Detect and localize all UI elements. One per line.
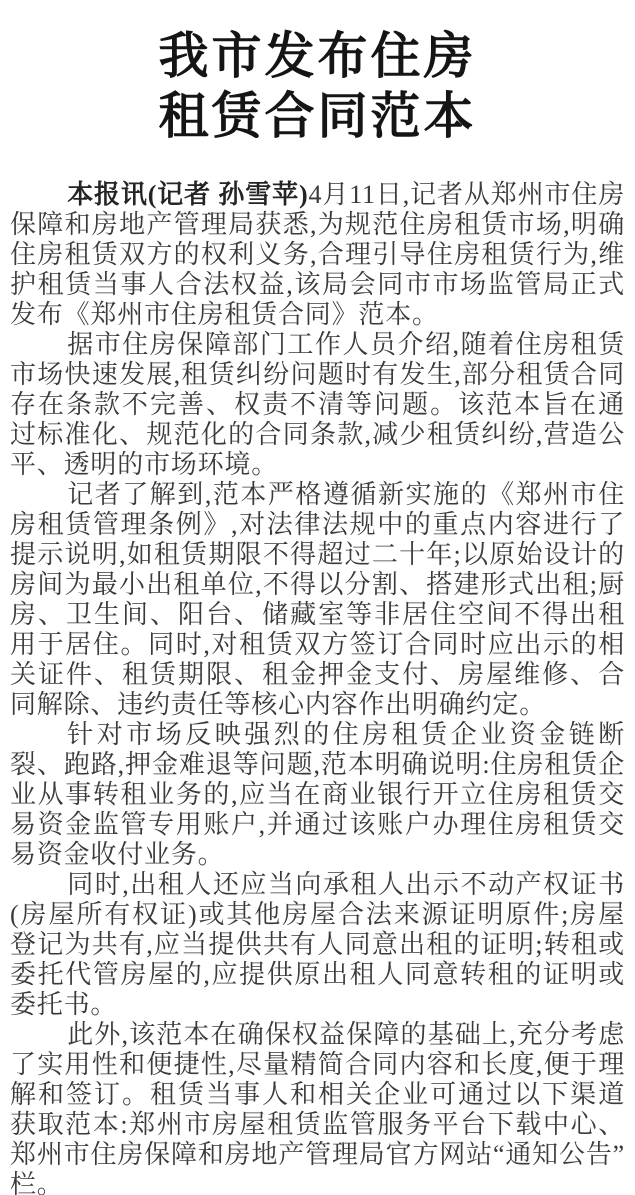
paragraph-2: 据市住房保障部门工作人员介绍,随着住房租赁市场快速发展,租赁纠纷问题时有发生,部… [10,330,625,480]
byline-lead: 本报讯(记者 孙雪苹) [67,180,308,209]
news-article: 我市发布住房租赁合同范本 本报讯(记者 孙雪苹)4月11日,记者从郑州市住房保障… [0,0,635,1195]
paragraph-6: 此外,该范本在确保权益保障的基础上,充分考虑了实用性和便捷性,尽量精简合同内容和… [10,1020,625,1195]
paragraph-3: 记者了解到,范本严格遵循新实施的《郑州市住房租赁管理条例》,对法律法规中的重点内… [10,480,625,720]
headline-line-1: 我市发布住房 [10,26,625,86]
article-body: 本报讯(记者 孙雪苹)4月11日,记者从郑州市住房保障和房地产管理局获悉,为规范… [10,180,625,1195]
article-headline: 我市发布住房租赁合同范本 [10,26,625,146]
headline-line-2: 租赁合同范本 [10,86,625,146]
paragraph-4: 针对市场反映强烈的住房租赁企业资金链断裂、跑路,押金难退等问题,范本明确说明:住… [10,720,625,870]
paragraph-5: 同时,出租人还应当向承租人出示不动产权证书(房屋所有权证)或其他房屋合法来源证明… [10,870,625,1020]
paragraph-1: 本报讯(记者 孙雪苹)4月11日,记者从郑州市住房保障和房地产管理局获悉,为规范… [10,180,625,330]
